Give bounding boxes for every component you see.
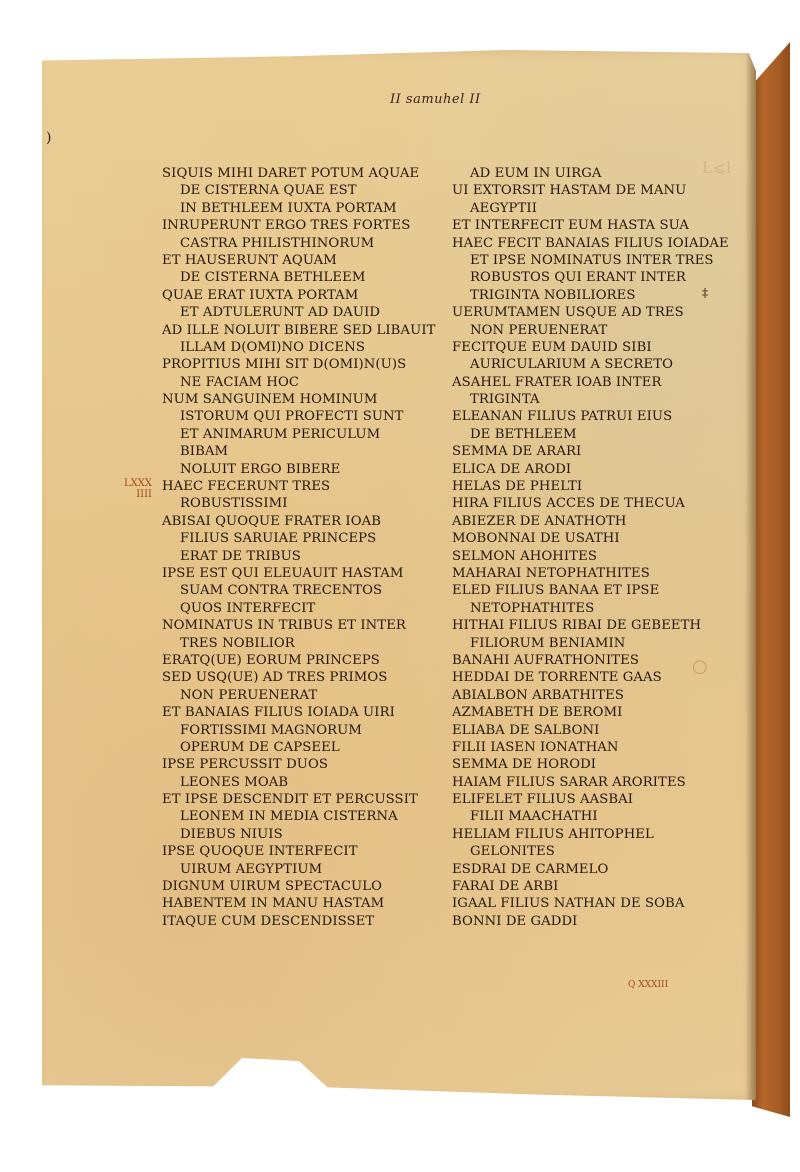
text-line: FORTISSIMI MAGNORUM <box>162 722 436 739</box>
text-line: QUAE ERAT IUXTA PORTAM <box>162 287 436 304</box>
text-line: ABIALBON ARBATHITES <box>452 687 729 704</box>
text-line: FILIORUM BENIAMIN <box>452 635 729 652</box>
text-line: HIRA FILIUS ACCES DE THECUA <box>452 495 729 512</box>
text-line: ELICA DE ARODI <box>452 461 729 478</box>
text-line: NON PERUENERAT <box>162 687 436 704</box>
text-line: ET ANIMARUM PERICULUM <box>162 426 436 443</box>
text-line: MOBONNAI DE USATHI <box>452 530 729 547</box>
text-line: ET INTERFECIT EUM HASTA SUA <box>452 217 729 234</box>
text-line: OPERUM DE CAPSEEL <box>162 739 436 756</box>
text-line: HABENTEM IN MANU HASTAM <box>162 895 436 912</box>
page-edge-shadow <box>746 50 756 1100</box>
text-line: BIBAM <box>162 443 436 460</box>
text-line: LEONEM IN MEDIA CISTERNA <box>162 808 436 825</box>
text-line: IPSE QUOQUE INTERFECIT <box>162 843 436 860</box>
text-line: ELIABA DE SALBONI <box>452 722 729 739</box>
text-line: ET HAUSERUNT AQUAM <box>162 252 436 269</box>
text-line: ERATQ(UE) EORUM PRINCEPS <box>162 652 436 669</box>
manuscript-page: II samuhel II ) ‡ L⩽l ○ LXXX IIII SIQUIS… <box>42 50 756 1100</box>
text-line: ROBUSTISSIMI <box>162 495 436 512</box>
text-line: FILII IASEN IONATHAN <box>452 739 729 756</box>
text-line: ROBUSTOS QUI ERANT INTER <box>452 269 729 286</box>
text-line: UI EXTORSIT HASTAM DE MANU <box>452 182 729 199</box>
text-line: BONNI DE GADDI <box>452 913 729 930</box>
right-text-column: AD EUM IN UIRGAUI EXTORSIT HASTAM DE MAN… <box>452 165 729 930</box>
text-line: TRIGINTA NOBILIORES <box>452 287 729 304</box>
text-line: NOLUIT ERGO BIBERE <box>162 461 436 478</box>
text-line: ELED FILIUS BANAA ET IPSE <box>452 582 729 599</box>
running-title: II samuhel II <box>390 92 481 107</box>
text-line: FILII MAACHATHI <box>452 808 729 825</box>
text-line: AD ILLE NOLUIT BIBERE SED LIBAUIT <box>162 322 436 339</box>
text-line: SELMON AHOHITES <box>452 548 729 565</box>
text-line: HEDDAI DE TORRENTE GAAS <box>452 669 729 686</box>
text-line: DE CISTERNA QUAE EST <box>162 182 436 199</box>
text-line: ET ADTULERUNT AD DAUID <box>162 304 436 321</box>
text-line: UIRUM AEGYPTIUM <box>162 861 436 878</box>
text-line: CASTRA PHILISTHINORUM <box>162 235 436 252</box>
text-line: DE BETHLEEM <box>452 426 729 443</box>
text-line: NUM SANGUINEM HOMINUM <box>162 391 436 408</box>
text-line: SEMMA DE HORODI <box>452 756 729 773</box>
text-line: ERAT DE TRIBUS <box>162 548 436 565</box>
text-line: IPSE PERCUSSIT DUOS <box>162 756 436 773</box>
text-line: TRES NOBILIOR <box>162 635 436 652</box>
text-line: PROPITIUS MIHI SIT D(OMI)N(U)S <box>162 356 436 373</box>
book-binding-cover <box>752 42 790 1117</box>
text-line: GELONITES <box>452 843 729 860</box>
text-line: LEONES MOAB <box>162 774 436 791</box>
text-line: ASAHEL FRATER IOAB INTER <box>452 374 729 391</box>
text-line: SEMMA DE ARARI <box>452 443 729 460</box>
text-line: ELIFELET FILIUS AASBAI <box>452 791 729 808</box>
text-line: HAEC FECIT BANAIAS FILIUS IOIADAE <box>452 235 729 252</box>
text-line: NON PERUENERAT <box>452 322 729 339</box>
text-line: SIQUIS MIHI DARET POTUM AQUAE <box>162 165 436 182</box>
text-line: SUAM CONTRA TRECENTOS <box>162 582 436 599</box>
text-line: IGAAL FILIUS NATHAN DE SOBA <box>452 895 729 912</box>
text-line: SED USQ(UE) AD TRES PRIMOS <box>162 669 436 686</box>
text-line: AD EUM IN UIRGA <box>452 165 729 182</box>
text-line: FECITQUE EUM DAUID SIBI <box>452 339 729 356</box>
text-line: AZMABETH DE BEROMI <box>452 704 729 721</box>
quire-signature: Q XXXIII <box>628 980 668 990</box>
left-text-column: SIQUIS MIHI DARET POTUM AQUAEDE CISTERNA… <box>162 165 436 930</box>
text-line: HELAS DE PHELTI <box>452 478 729 495</box>
marginal-chapter-number: LXXX IIII <box>118 478 152 500</box>
text-line: ESDRAI DE CARMELO <box>452 861 729 878</box>
text-line: QUOS INTERFECIT <box>162 600 436 617</box>
text-line: FARAI DE ARBI <box>452 878 729 895</box>
text-line: DE CISTERNA BETHLEEM <box>162 269 436 286</box>
text-line: ET IPSE NOMINATUS INTER TRES <box>452 252 729 269</box>
text-line: ELEANAN FILIUS PATRUI EIUS <box>452 408 729 425</box>
text-line: HELIAM FILIUS AHITOPHEL <box>452 826 729 843</box>
text-line: IPSE EST QUI ELEUAUIT HASTAM <box>162 565 436 582</box>
text-line: ISTORUM QUI PROFECTI SUNT <box>162 408 436 425</box>
text-line: NOMINATUS IN TRIBUS ET INTER <box>162 617 436 634</box>
text-line: HAIAM FILIUS SARAR ARORITES <box>452 774 729 791</box>
text-line: DIEBUS NIUIS <box>162 826 436 843</box>
text-line: DIGNUM UIRUM SPECTACULO <box>162 878 436 895</box>
text-line: ET BANAIAS FILIUS IOIADA UIRI <box>162 704 436 721</box>
text-line: INRUPERUNT ERGO TRES FORTES <box>162 217 436 234</box>
text-line: UERUMTAMEN USQUE AD TRES <box>452 304 729 321</box>
text-line: BANAHI AUFRATHONITES <box>452 652 729 669</box>
text-line: ET IPSE DESCENDIT ET PERCUSSIT <box>162 791 436 808</box>
text-line: ABIEZER DE ANATHOTH <box>452 513 729 530</box>
text-line: AEGYPTII <box>452 200 729 217</box>
text-line: ABISAI QUOQUE FRATER IOAB <box>162 513 436 530</box>
text-line: NE FACIAM HOC <box>162 374 436 391</box>
text-line: ITAQUE CUM DESCENDISSET <box>162 913 436 930</box>
text-line: AURICULARIUM A SECRETO <box>452 356 729 373</box>
text-line: ILLAM D(OMI)NO DICENS <box>162 339 436 356</box>
text-line: HAEC FECERUNT TRES <box>162 478 436 495</box>
text-line: FILIUS SARUIAE PRINCEPS <box>162 530 436 547</box>
text-line: NETOPHATHITES <box>452 600 729 617</box>
text-line: IN BETHLEEM IUXTA PORTAM <box>162 200 436 217</box>
text-line: MAHARAI NETOPHATHITES <box>452 565 729 582</box>
text-line: HITHAI FILIUS RIBAI DE GEBEETH <box>452 617 729 634</box>
text-line: TRIGINTA <box>452 391 729 408</box>
margin-mark: ) <box>46 130 51 146</box>
